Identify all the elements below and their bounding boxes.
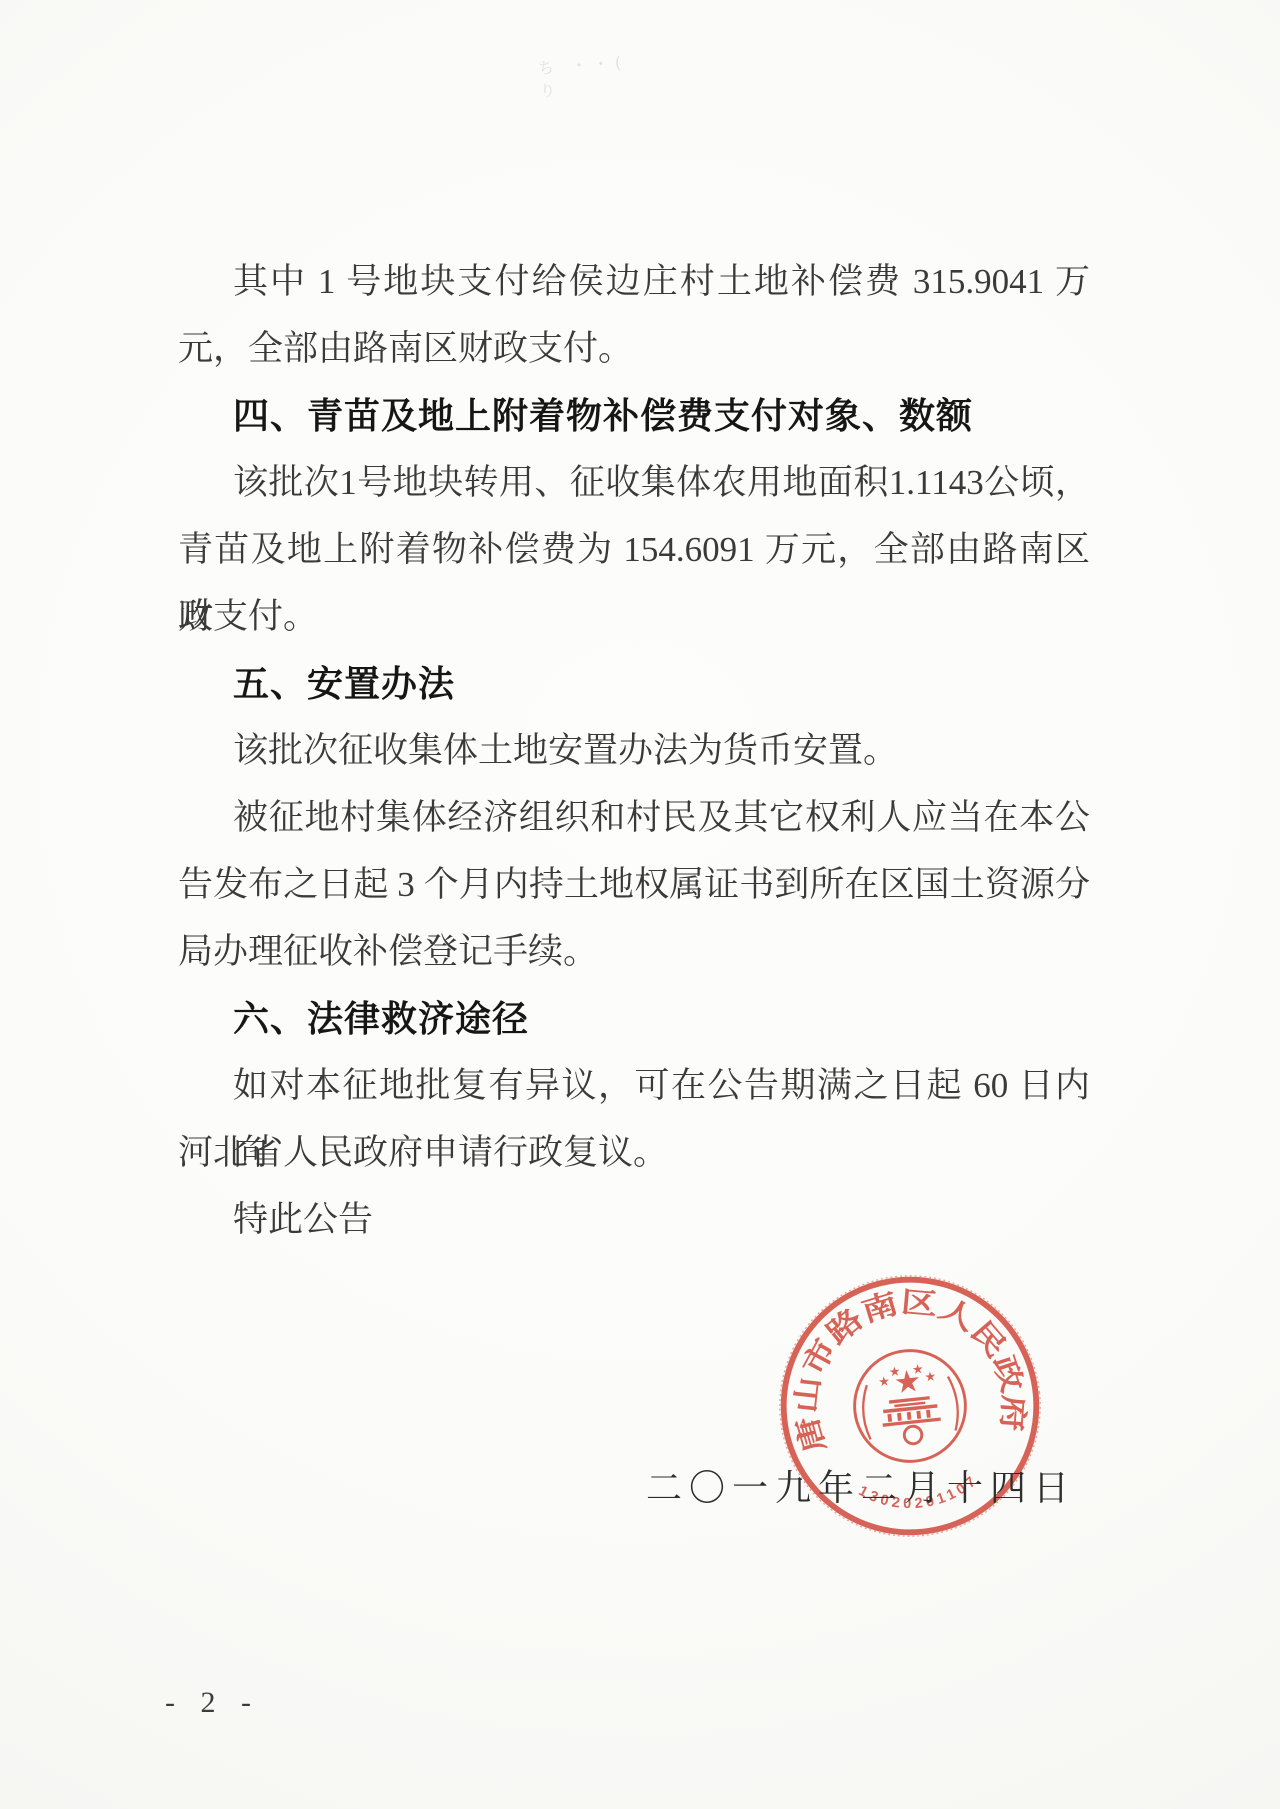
document-line: 如对本征地批复有异议，可在公告期满之日起 60 日内向 [178, 1052, 1090, 1119]
issue-date: 二〇一九年二月十四日 [646, 1460, 1076, 1511]
section-heading: 四、青苗及地上附着物补偿费支付对象、数额 [178, 382, 1090, 449]
section-heading: 六、法律救济途径 [178, 985, 1090, 1052]
document-line: 该批次征收集体土地安置办法为货币安置。 [178, 717, 1090, 784]
document-line: 其中 1 号地块支付给侯边庄村土地补偿费 315.9041 万 [178, 248, 1090, 315]
document-line: 元，全部由路南区财政支付。 [178, 315, 1090, 382]
emblem-small-star-icon: ★ [925, 1371, 937, 1384]
document-line: 告发布之日起 3 个月内持土地权属证书到所在区国土资源分 [178, 851, 1090, 918]
document-line: 局办理征收补偿登记手续。 [178, 918, 1090, 985]
document-line: 政支付。 [178, 583, 1090, 650]
scan-artifact: ち ・・( り [537, 48, 649, 86]
page-number: - 2 - [165, 1686, 260, 1720]
emblem-small-star-icon: ★ [878, 1376, 890, 1389]
document-line: 特此公告 [178, 1186, 1090, 1253]
document-body: 其中 1 号地块支付给侯边庄村土地补偿费 315.9041 万元，全部由路南区财… [178, 248, 1090, 1253]
document-line: 该批次1号地块转用、征收集体农用地面积1.1143公顷， [178, 449, 1090, 516]
document-line: 青苗及地上附着物补偿费为 154.6091 万元，全部由路南区财 [178, 516, 1090, 583]
document-line: 河北省人民政府申请行政复议。 [178, 1119, 1090, 1186]
emblem-small-star-icon: ★ [912, 1363, 924, 1376]
document-line: 被征地村集体经济组织和村民及其它权利人应当在本公 [178, 784, 1090, 851]
emblem-small-star-icon: ★ [889, 1366, 901, 1379]
scanned-document-page: { "page": { "page_number": "- 2 -", "sca… [0, 0, 1280, 1809]
gear-icon [903, 1425, 922, 1444]
wheat-right-icon [948, 1376, 960, 1431]
tiananmen-icon [880, 1395, 941, 1427]
section-heading: 五、安置办法 [178, 650, 1090, 717]
national-emblem: ★ ★ ★ ★ ★ [849, 1345, 971, 1467]
